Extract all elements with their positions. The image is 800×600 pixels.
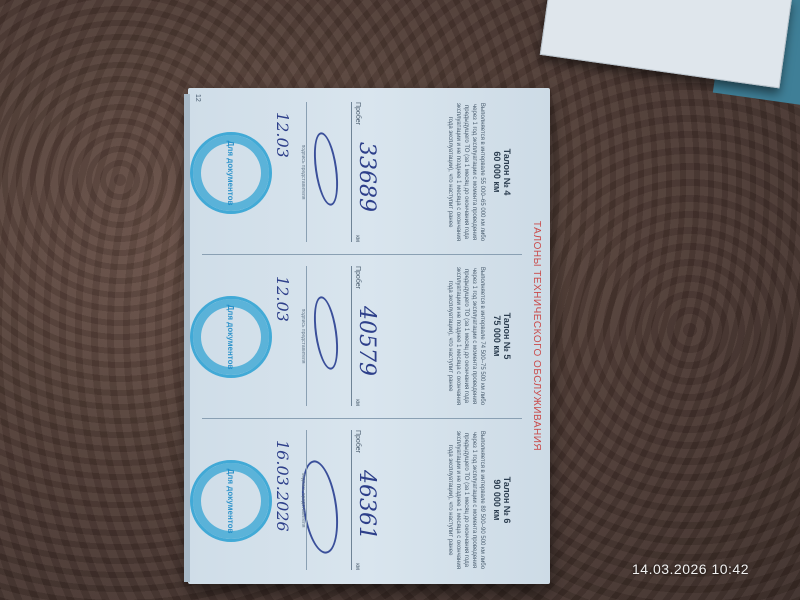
- mileage-row: Пробег 33689 км: [351, 102, 392, 242]
- coupon-divider: [202, 254, 522, 255]
- service-date: 12.03: [273, 276, 292, 322]
- km-unit: км: [354, 235, 360, 242]
- mileage-label: Пробег: [354, 102, 361, 125]
- coupon-text: Выполняется в интервале 74 500–75 500 км…: [446, 266, 486, 406]
- signature-caption: подпись представителя: [300, 102, 307, 242]
- coupon-5: Талон № 5 75 000 км Выполняется в интерв…: [202, 256, 522, 416]
- signature: [310, 131, 342, 207]
- mileage-row: Пробег 46361 км: [351, 430, 392, 570]
- coupon-title: Талон № 6: [502, 420, 512, 580]
- signature-caption: подпись представителя: [300, 430, 307, 570]
- signature-caption: подпись представителя: [300, 266, 307, 406]
- service-date: 16.03.2026: [273, 440, 292, 532]
- coupon-title: Талон № 4: [502, 92, 512, 252]
- km-unit: км: [354, 563, 360, 570]
- photo-timestamp: 14.03.2026 10:42: [632, 561, 749, 577]
- mileage-row: Пробег 40579 км: [351, 266, 392, 406]
- dealer-stamp: Для документов: [190, 460, 272, 542]
- mileage-value: 33689: [354, 142, 379, 212]
- coupon-text: Выполняется в интервале 89 500–90 500 км…: [446, 430, 486, 570]
- coupon-divider: [202, 418, 522, 419]
- service-date: 12.03: [273, 112, 292, 158]
- stamp-text: Для документов: [193, 299, 269, 375]
- coupon-title: Талон № 5: [502, 256, 512, 416]
- mileage-label: Пробег: [354, 266, 361, 289]
- km-unit: км: [354, 399, 360, 406]
- coupon-km: 90 000 км: [492, 420, 502, 580]
- coupon-km: 75 000 км: [492, 256, 502, 416]
- mileage-label: Пробег: [354, 430, 361, 453]
- dealer-stamp: Для документов: [190, 296, 272, 378]
- stamp-text: Для документов: [193, 135, 269, 211]
- coupon-6: Талон № 6 90 000 км Выполняется в интерв…: [202, 420, 522, 580]
- dealer-stamp: Для документов: [190, 132, 272, 214]
- stamp-text: Для документов: [193, 463, 269, 539]
- mileage-value: 40579: [354, 306, 379, 376]
- coupon-text: Выполняется в интервале 55 000–65 000 км…: [446, 102, 486, 242]
- page-number: 12: [194, 94, 201, 102]
- section-title: ТАЛОНЫ ТЕХНИЧЕСКОГО ОБСЛУЖИВАНИЯ: [531, 88, 542, 584]
- service-book-page: ТАЛОНЫ ТЕХНИЧЕСКОГО ОБСЛУЖИВАНИЯ Талон №…: [188, 88, 550, 584]
- coupon-km: 60 000 км: [492, 92, 502, 252]
- coupon-4: Талон № 4 60 000 км Выполняется в интерв…: [202, 92, 522, 252]
- signature: [310, 295, 342, 371]
- mileage-value: 46361: [354, 470, 379, 540]
- service-book: ТАЛОНЫ ТЕХНИЧЕСКОГО ОБСЛУЖИВАНИЯ Талон №…: [188, 88, 550, 584]
